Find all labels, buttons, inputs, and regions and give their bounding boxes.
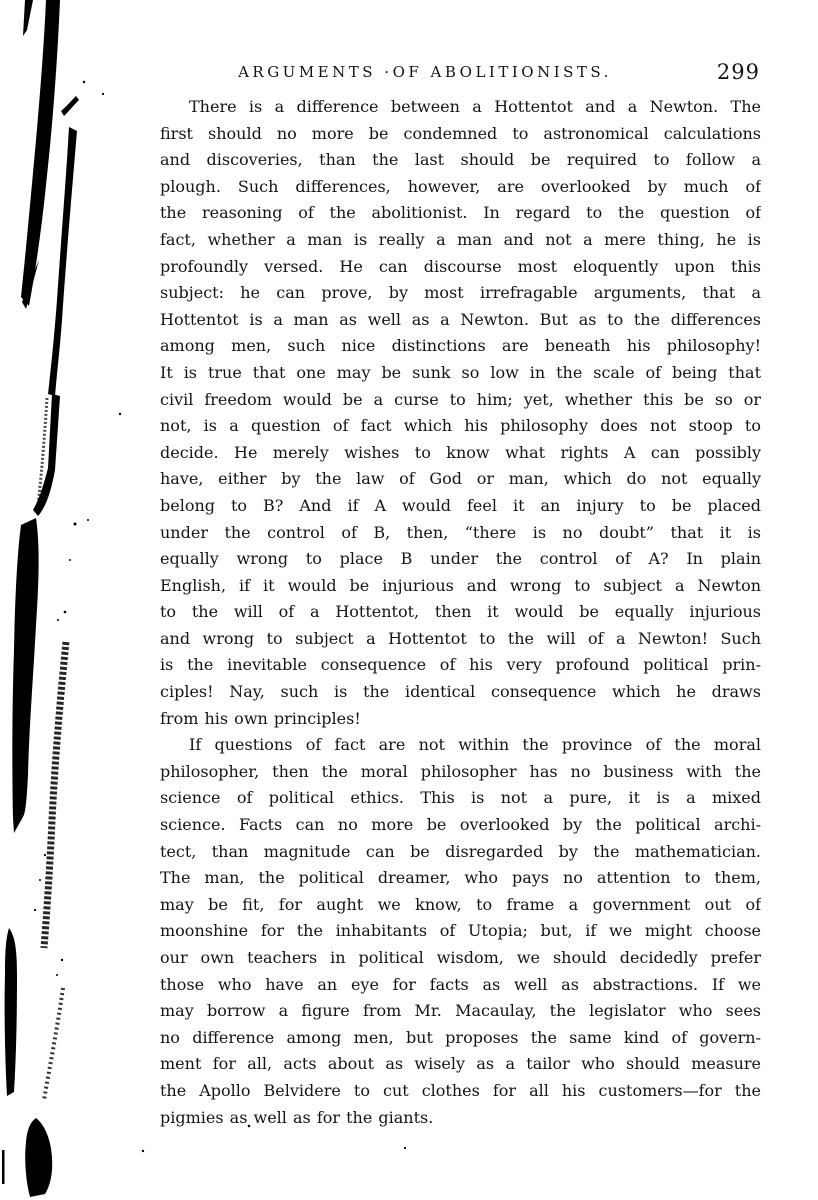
text-line: profoundly versed. He can discourse most… — [160, 254, 761, 281]
text-line: our own teachers in political wisdom, we… — [160, 945, 761, 972]
text-line: the Apollo Belvidere to cut clothes for … — [160, 1078, 761, 1105]
page-number: 299 — [717, 60, 760, 84]
text-line: tect, than magnitude can be disregarded … — [160, 839, 761, 866]
text-line: ciples! Nay, such is the identical conse… — [160, 679, 761, 706]
text-line: equally wrong to place B under the contr… — [160, 546, 761, 573]
text-line: science of political ethics. This is not… — [160, 785, 761, 812]
text-line: have, either by the law of God or man, w… — [160, 466, 761, 493]
text-line: belong to B? And if A would feel it an i… — [160, 493, 761, 520]
text-line: plough. Such differences, however, are o… — [160, 174, 761, 201]
text-line: the reasoning of the abolitionist. In re… — [160, 200, 761, 227]
text-line: from his own principles! — [160, 706, 761, 733]
text-line: pigmies as well as for the giants. — [160, 1105, 761, 1132]
text-line: It is true that one may be sunk so low i… — [160, 360, 761, 387]
text-line: decide. He merely wishes to know what ri… — [160, 440, 761, 467]
text-line: The man, the political dreamer, who pays… — [160, 865, 761, 892]
text-line: moonshine for the inhabitants of Utopia;… — [160, 918, 761, 945]
scanned-book-page: ARGUMENTS ·OF ABOLITIONISTS. 299 There i… — [0, 0, 818, 1200]
text-line: Hottentot is a man as well as a Newton. … — [160, 307, 761, 334]
text-line: English, if it would be injurious and wr… — [160, 573, 761, 600]
text-line: science. Facts can no more be overlooked… — [160, 812, 761, 839]
text-line: fact, whether a man is really a man and … — [160, 227, 761, 254]
text-line: may borrow a figure from Mr. Macaulay, t… — [160, 998, 761, 1025]
text-line: If questions of fact are not within the … — [160, 732, 761, 759]
text-line: no difference among men, but proposes th… — [160, 1025, 761, 1052]
text-line: not, is a question of fact which his phi… — [160, 413, 761, 440]
text-line: ment for all, acts about as wisely as a … — [160, 1051, 761, 1078]
page-body: There is a difference between a Hottento… — [160, 94, 761, 1131]
text-line: first should no more be condemned to ast… — [160, 121, 761, 148]
text-line: philosopher, then the moral philosopher … — [160, 759, 761, 786]
text-line: There is a difference between a Hottento… — [160, 94, 761, 121]
text-line: and wrong to subject a Hottentot to the … — [160, 626, 761, 653]
text-line: under the control of B, then, “there is … — [160, 520, 761, 547]
text-line: is the inevitable consequence of his ver… — [160, 652, 761, 679]
text-line: may be fit, for aught we know, to frame … — [160, 892, 761, 919]
text-line: and discoveries, than the last should be… — [160, 147, 761, 174]
text-line: to the will of a Hottentot, then it woul… — [160, 599, 761, 626]
running-header-title: ARGUMENTS ·OF ABOLITIONISTS. — [160, 63, 690, 81]
running-header: ARGUMENTS ·OF ABOLITIONISTS. 299 — [160, 60, 760, 88]
text-line: civil freedom would be a curse to him; y… — [160, 387, 761, 414]
text-line: subject: he can prove, by most irrefraga… — [160, 280, 761, 307]
text-line: among men, such nice distinctions are be… — [160, 333, 761, 360]
text-line: those who have an eye for facts as well … — [160, 972, 761, 999]
